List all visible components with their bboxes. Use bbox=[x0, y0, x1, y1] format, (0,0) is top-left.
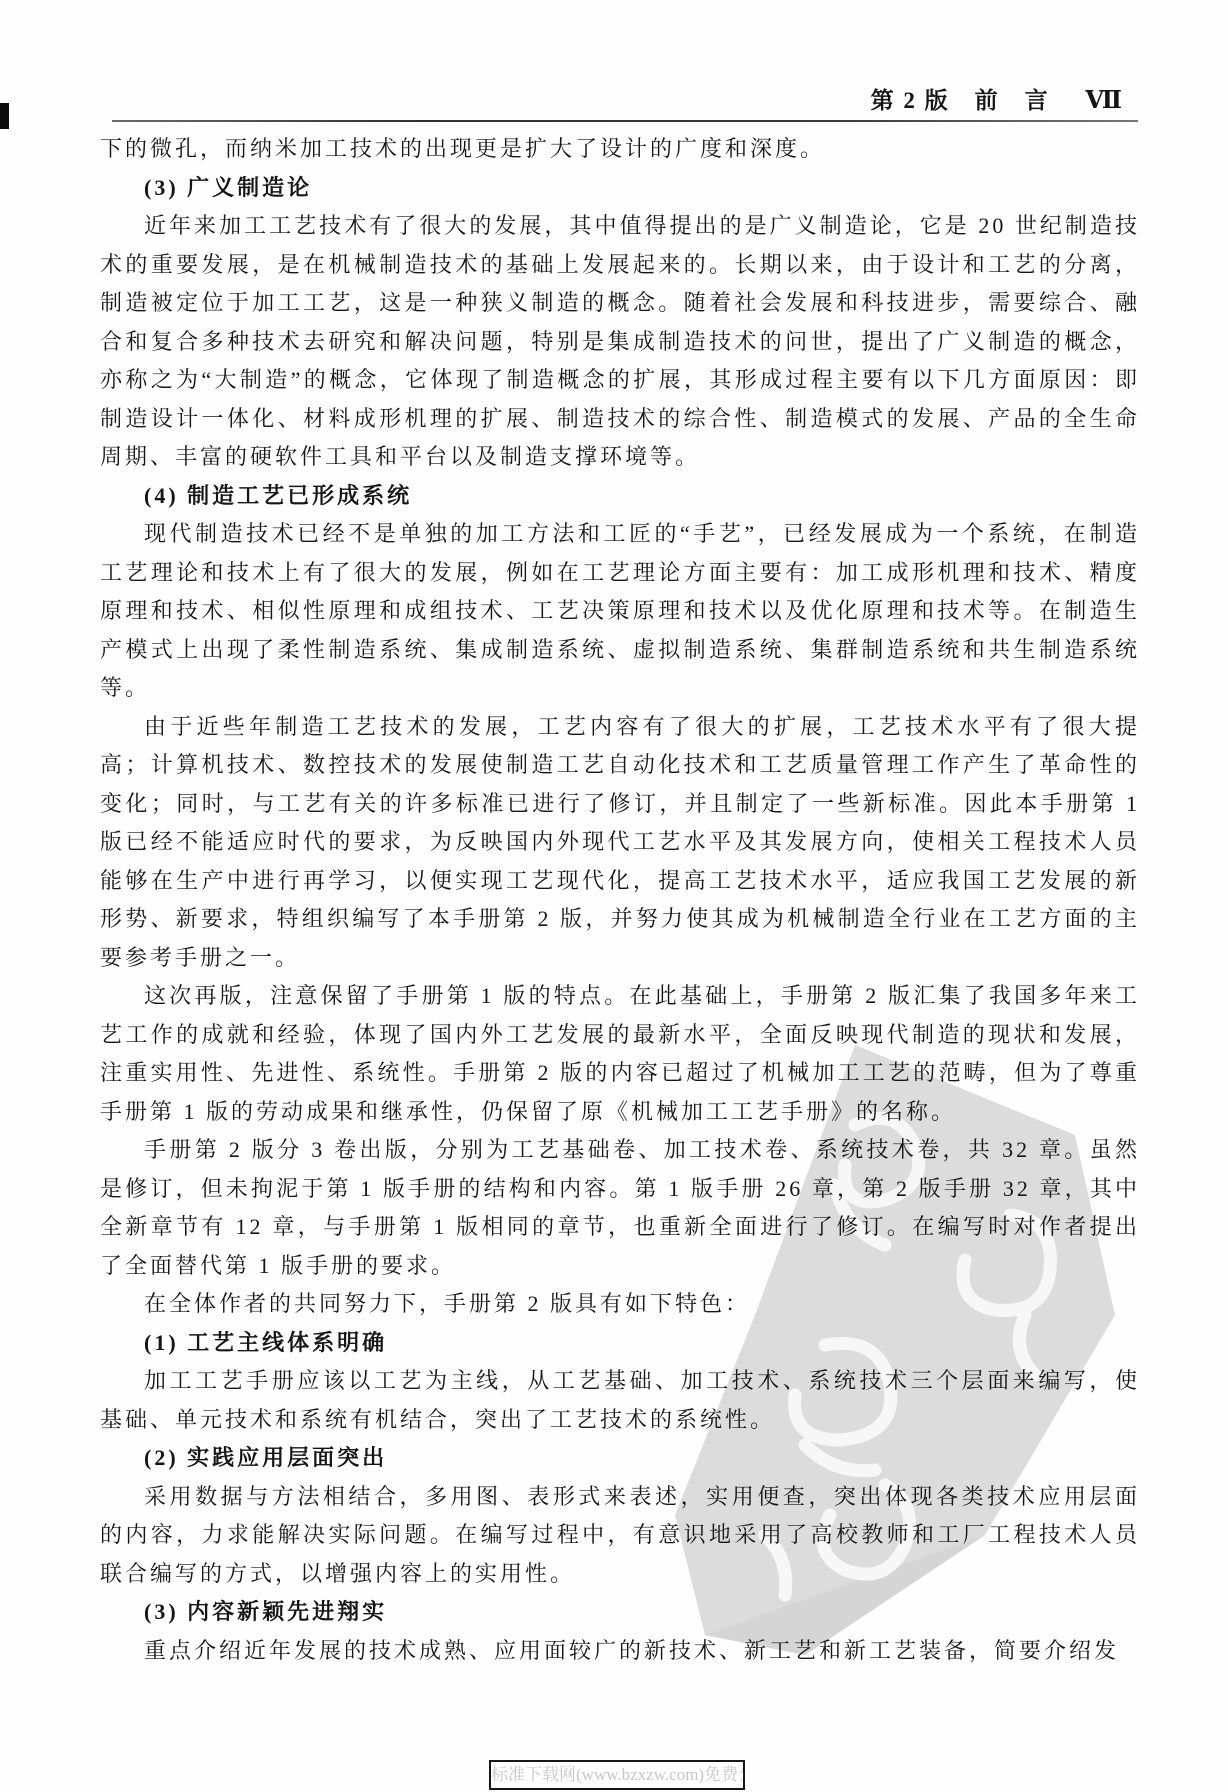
body-paragraph: 采用数据与方法相结合，多用图、表形式来表述，实用便查，突出体现各类技术应用层面的… bbox=[100, 1478, 1140, 1594]
page-body: 下的微孔，而纳米加工技术的出现更是扩大了设计的广度和深度。(3) 广义制造论近年… bbox=[100, 130, 1140, 1670]
body-paragraph: 现代制造技术已经不是单独的加工方法和工匠的“手艺”，已经发展成为一个系统，在制造… bbox=[100, 515, 1140, 708]
scanned-document-page: 第 2 版 前 言 Ⅶ 下的微孔，而纳米加工技术的出现更是扩大了设计的广度和深度… bbox=[0, 0, 1228, 1792]
body-paragraph: 近年来加工工艺技术有了很大的发展，其中值得提出的是广义制造论，它是 20 世纪制… bbox=[100, 207, 1140, 477]
body-paragraph: 重点介绍近年发展的技术成熟、应用面较广的新技术、新工艺和新工艺装备，简要介绍发 bbox=[100, 1632, 1140, 1671]
section-heading: (3) 内容新颖先进翔实 bbox=[100, 1593, 1140, 1632]
header-rule bbox=[112, 120, 1138, 122]
body-paragraph: 下的微孔，而纳米加工技术的出现更是扩大了设计的广度和深度。 bbox=[100, 130, 1140, 169]
body-paragraph: 这次再版，注意保留了手册第 1 版的特点。在此基础上，手册第 2 版汇集了我国多… bbox=[100, 977, 1140, 1131]
binding-mark bbox=[0, 103, 9, 129]
page-header: 第 2 版 前 言 Ⅶ bbox=[871, 82, 1122, 115]
page-number: Ⅶ bbox=[1085, 88, 1122, 114]
download-watermark-box: 标准下载网(www.bzxzw.com)免费分享 bbox=[489, 1760, 745, 1790]
section-heading: (1) 工艺主线体系明确 bbox=[100, 1324, 1140, 1363]
section-heading: (2) 实践应用层面突出 bbox=[100, 1439, 1140, 1478]
section-heading: (3) 广义制造论 bbox=[100, 169, 1140, 208]
running-head: 第 2 版 前 言 bbox=[871, 88, 1050, 113]
body-paragraph: 由于近些年制造工艺技术的发展，工艺内容有了很大的扩展，工艺技术水平有了很大提高；… bbox=[100, 708, 1140, 978]
download-watermark-text: 标准下载网(www.bzxzw.com)免费分享 bbox=[491, 1765, 745, 1784]
body-paragraph: 在全体作者的共同努力下，手册第 2 版具有如下特色： bbox=[100, 1285, 1140, 1324]
section-heading: (4) 制造工艺已形成系统 bbox=[100, 477, 1140, 516]
body-paragraph: 加工工艺手册应该以工艺为主线，从工艺基础、加工技术、系统技术三个层面来编写，使基… bbox=[100, 1362, 1140, 1439]
body-paragraph: 手册第 2 版分 3 卷出版，分别为工艺基础卷、加工技术卷、系统技术卷，共 32… bbox=[100, 1131, 1140, 1285]
